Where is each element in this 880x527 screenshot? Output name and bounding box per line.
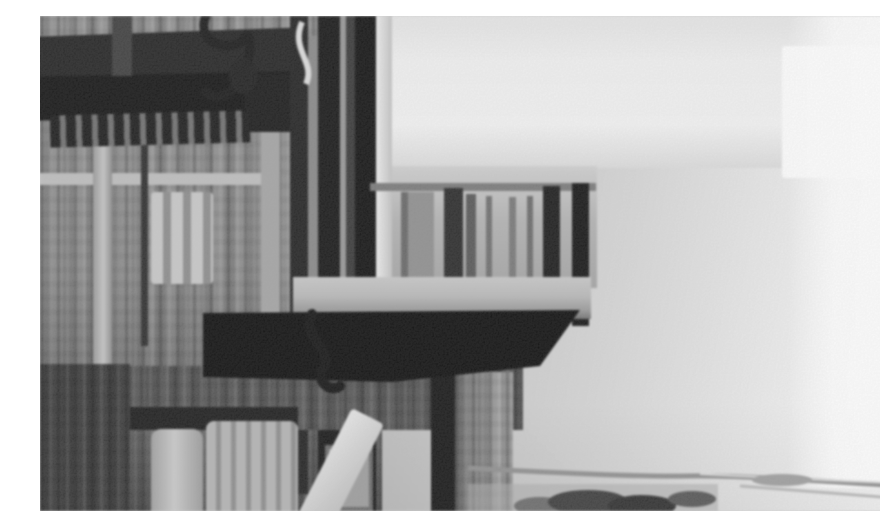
vector-details [40, 16, 880, 511]
cable-highlight [299, 22, 309, 84]
photo-paint-layers [40, 16, 880, 511]
industrial-scaffold-photo [40, 16, 880, 511]
ground-debris [468, 484, 718, 511]
debris-4 [668, 491, 716, 507]
rail-joint [752, 474, 812, 486]
hoist-cable [204, 16, 308, 97]
deck-shadow [203, 310, 580, 382]
perimeter-rail-lower [740, 486, 880, 500]
hoist-hook [229, 58, 257, 94]
